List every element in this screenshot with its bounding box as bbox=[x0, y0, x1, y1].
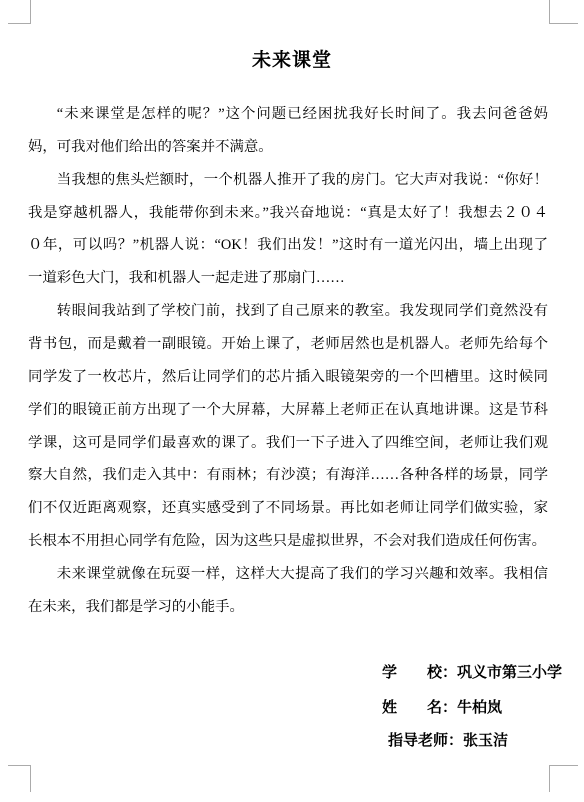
body-line: 未来课堂就像在玩耍一样，这样大大提高了我们的学习兴趣和效率。我相信 bbox=[28, 558, 548, 591]
crop-mark-top-left-icon bbox=[8, 0, 31, 24]
body-line: 学课，这可是同学们最喜欢的课了。我们一下子进入了四维空间，老师让我们观 bbox=[28, 427, 548, 460]
signature-name: 姓 名：牛柏岚 bbox=[382, 698, 502, 718]
document-page: 未来课堂 “未来课堂是怎样的呢？”这个问题已经困扰我好长时间了。我去问爸爸妈 妈… bbox=[0, 0, 584, 802]
body-line: 一道彩色大门，我和机器人一起走进了那扇门…… bbox=[28, 262, 548, 295]
body-line: 转眼间我站到了学校门前，找到了自己原来的教室。我发现同学们竟然没有 bbox=[28, 295, 548, 328]
body-line: 长根本不用担心同学有危险，因为这些只是虚拟世界，不会对我们造成任何伤害。 bbox=[28, 525, 548, 558]
body-line: 学们的眼镜正前方出现了一个大屏幕，大屏幕上老师正在认真地讲课。这是节科 bbox=[28, 394, 548, 427]
body-line: 背书包，而是戴着一副眼镜。开始上课了，老师居然也是机器人。老师先给每个 bbox=[28, 328, 548, 361]
crop-mark-top-right-icon bbox=[549, 0, 578, 24]
body-line: “未来课堂是怎样的呢？”这个问题已经困扰我好长时间了。我去问爸爸妈 bbox=[28, 98, 548, 131]
body-line: ０年，可以吗？”机器人说：“OK！我们出发！”这时有一道光闪出，墙上出现了 bbox=[28, 229, 548, 262]
crop-mark-bottom-left-icon bbox=[8, 765, 31, 792]
signature-teacher: 指导老师：张玉洁 bbox=[388, 731, 508, 751]
crop-mark-bottom-right-icon bbox=[549, 765, 578, 792]
body-line: 当我想的焦头烂额时，一个机器人推开了我的房门。它大声对我说：“你好！ bbox=[28, 164, 548, 197]
essay-body: “未来课堂是怎样的呢？”这个问题已经困扰我好长时间了。我去问爸爸妈 妈，可我对他… bbox=[28, 98, 548, 624]
body-line: 们不仅近距离观察，还真实感受到了不同场景。再比如老师让同学们做实验，家 bbox=[28, 492, 548, 525]
signature-school: 学 校：巩义市第三小学 bbox=[382, 663, 562, 683]
body-line: 我是穿越机器人，我能带你到未来。”我兴奋地说：“真是太好了！我想去２０４ bbox=[28, 197, 548, 230]
body-line: 察大自然，我们走入其中：有雨林；有沙漠；有海洋……各种各样的场景，同学 bbox=[28, 459, 548, 492]
body-line: 同学发了一枚芯片，然后让同学们的芯片插入眼镜架旁的一个凹槽里。这时候同 bbox=[28, 361, 548, 394]
document-title: 未来课堂 bbox=[0, 45, 584, 72]
body-line: 妈，可我对他们给出的答案并不满意。 bbox=[28, 131, 548, 164]
body-line: 在未来，我们都是学习的小能手。 bbox=[28, 591, 548, 624]
